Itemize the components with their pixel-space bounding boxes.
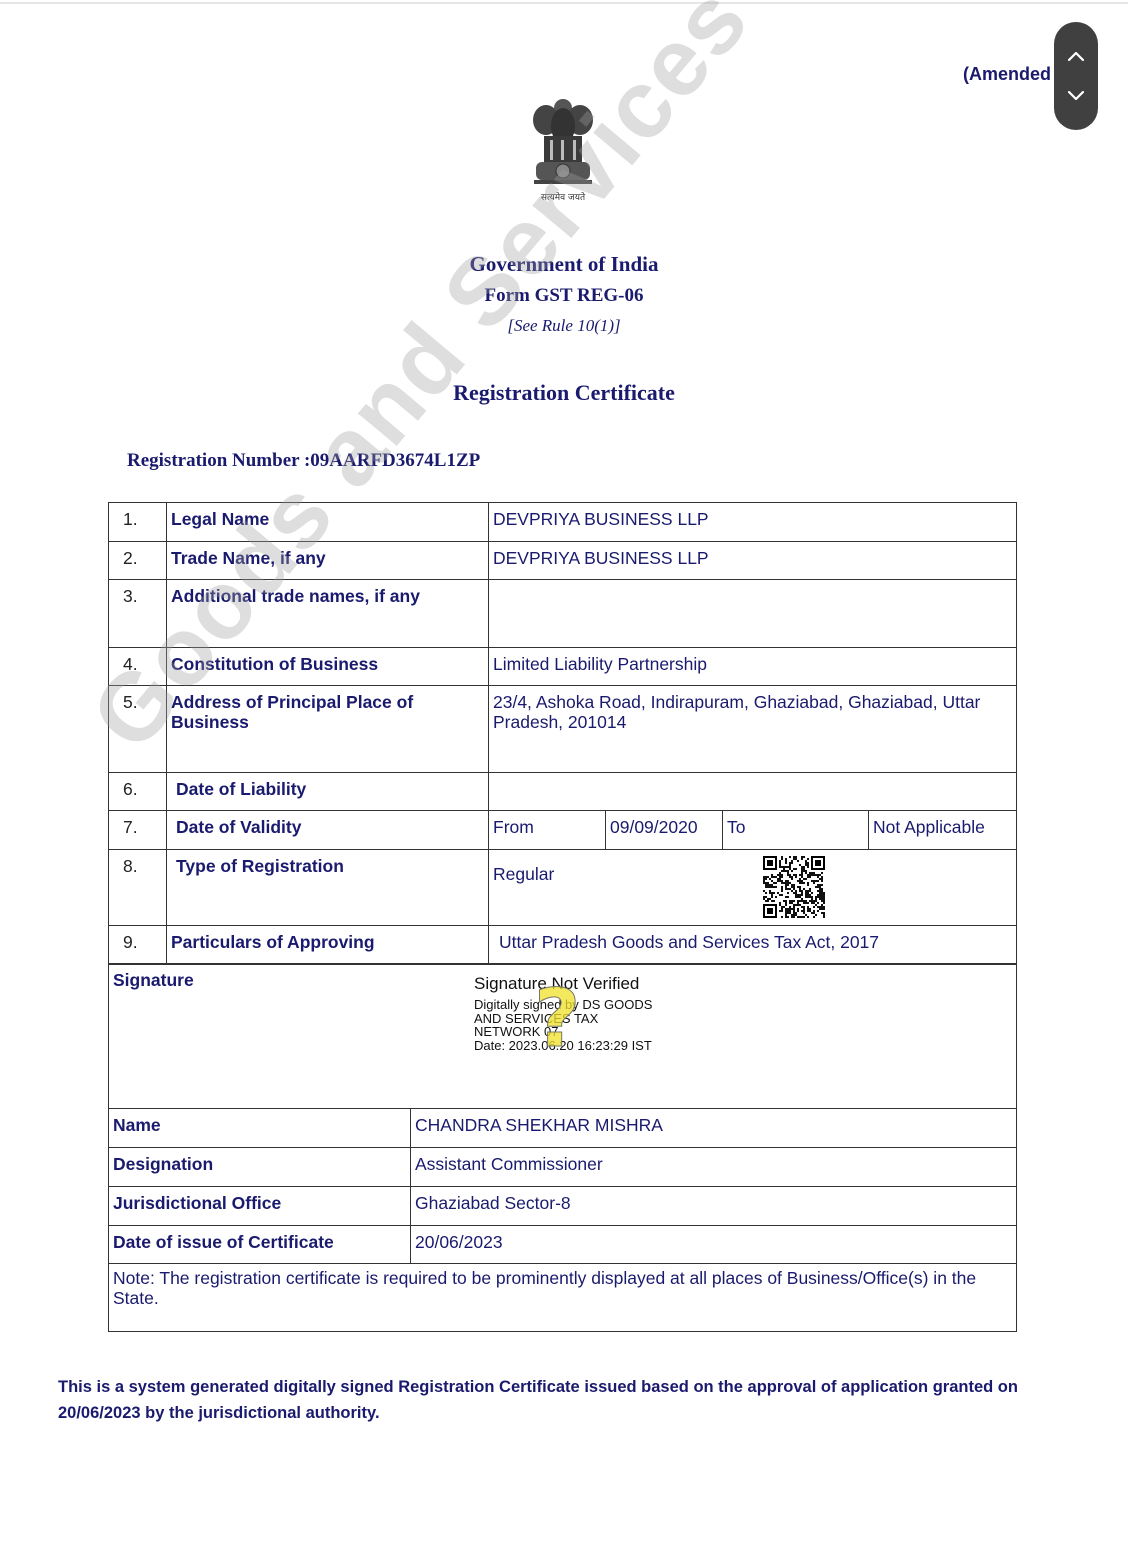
table-row: 3. Additional trade names, if any <box>109 580 1017 648</box>
row-number: 4. <box>109 648 167 686</box>
signature-detail-line: AND SERVICES TAX <box>474 1012 652 1026</box>
top-divider <box>0 2 1128 4</box>
officer-name-value: CHANDRA SHEKHAR MISHRA <box>411 1109 1017 1148</box>
approving-act-value: Uttar Pradesh Goods and Services Tax Act… <box>489 926 1017 965</box>
row-number: 9. <box>109 926 167 965</box>
table-row: 1. Legal Name DEVPRIYA BUSINESS LLP <box>109 503 1017 542</box>
registration-number: Registration Number :09AARFD3674L1ZP <box>127 450 480 472</box>
certificate-title: Registration Certificate <box>0 380 1128 406</box>
digital-signature-block[interactable]: Signature Not Verified Digitally signed … <box>474 974 652 1052</box>
row-number: 6. <box>109 773 167 811</box>
signature-detail-line: Digitally signed by DS GOODS <box>474 998 652 1012</box>
row-number: 3. <box>109 580 167 648</box>
svg-text:सत्यमेव जयते: सत्यमेव जयते <box>541 191 586 203</box>
signature-detail-line: NETWORK 07 <box>474 1025 652 1039</box>
table-row: Date of issue of Certificate 20/06/2023 <box>109 1226 1017 1264</box>
constitution-value: Limited Liability Partnership <box>489 648 1017 686</box>
table-row: 7. Date of Validity From 09/09/2020 To N… <box>109 811 1017 850</box>
officer-label: Date of issue of Certificate <box>109 1226 411 1264</box>
row-label: Type of Registration <box>167 850 489 926</box>
national-emblem-icon: सत्यमेव जयते <box>528 92 598 207</box>
amended-label: (Amended <box>963 64 1051 85</box>
row-number: 1. <box>109 503 167 542</box>
table-row: Designation Assistant Commissioner <box>109 1148 1017 1187</box>
system-generated-note: This is a system generated digitally sig… <box>58 1374 1058 1426</box>
legal-name-value: DEVPRIYA BUSINESS LLP <box>489 503 1017 542</box>
row-label: Address of Principal Place of Business <box>167 686 489 773</box>
table-row: Jurisdictional Office Ghaziabad Sector-8 <box>109 1187 1017 1226</box>
validity-to-value: Not Applicable <box>869 811 1017 850</box>
address-value: 23/4, Ashoka Road, Indirapuram, Ghaziaba… <box>489 686 1017 773</box>
government-title: Government of India <box>0 252 1128 277</box>
table-row: 4. Constitution of Business Limited Liab… <box>109 648 1017 686</box>
rule-reference: [See Rule 10(1)] <box>0 316 1128 336</box>
row-number: 7. <box>109 811 167 850</box>
designation-value: Assistant Commissioner <box>411 1148 1017 1187</box>
table-row: 8. Type of Registration Regular <box>109 850 1017 926</box>
additional-trade-names-value <box>489 580 1017 648</box>
chevron-down-icon[interactable] <box>1054 76 1098 116</box>
row-label: Date of Validity <box>167 811 489 850</box>
table-row: 5. Address of Principal Place of Busines… <box>109 686 1017 773</box>
registration-type-value: Regular <box>493 864 554 884</box>
date-of-liability-value <box>489 773 1017 811</box>
signature-status: Signature Not Verified <box>474 974 652 994</box>
row-number: 2. <box>109 542 167 580</box>
validity-to-label: To <box>723 811 869 850</box>
registration-type-cell: Regular <box>489 850 1017 926</box>
signature-date: Date: 2023.06.20 16:23:29 IST <box>474 1039 652 1053</box>
officer-label: Designation <box>109 1148 411 1187</box>
qr-code-icon <box>763 856 825 918</box>
validity-from-label: From <box>489 811 606 850</box>
row-label: Legal Name <box>167 503 489 542</box>
validity-from-value: 09/09/2020 <box>606 811 723 850</box>
note-row: Note: The registration certificate is re… <box>109 1264 1017 1332</box>
row-number: 8. <box>109 850 167 926</box>
row-label: Particulars of Approving <box>167 926 489 965</box>
table-row: 9. Particulars of Approving Uttar Prades… <box>109 926 1017 965</box>
row-label: Constitution of Business <box>167 648 489 686</box>
issue-date-value: 20/06/2023 <box>411 1226 1017 1264</box>
display-note: Note: The registration certificate is re… <box>109 1264 1017 1332</box>
registration-details-table: 1. Legal Name DEVPRIYA BUSINESS LLP 2. T… <box>108 502 1017 965</box>
page-navigator <box>1054 22 1098 130</box>
row-label: Date of Liability <box>167 773 489 811</box>
table-row: Name CHANDRA SHEKHAR MISHRA <box>109 1109 1017 1148</box>
form-title: Form GST REG-06 <box>0 285 1128 307</box>
row-label: Trade Name, if any <box>167 542 489 580</box>
row-label: Additional trade names, if any <box>167 580 489 648</box>
jurisdictional-office-value: Ghaziabad Sector-8 <box>411 1187 1017 1226</box>
table-row: 2. Trade Name, if any DEVPRIYA BUSINESS … <box>109 542 1017 580</box>
table-row: 6. Date of Liability <box>109 773 1017 811</box>
chevron-up-icon[interactable] <box>1054 36 1098 76</box>
trade-name-value: DEVPRIYA BUSINESS LLP <box>489 542 1017 580</box>
officer-label: Name <box>109 1109 411 1148</box>
officer-label: Jurisdictional Office <box>109 1187 411 1226</box>
row-number: 5. <box>109 686 167 773</box>
